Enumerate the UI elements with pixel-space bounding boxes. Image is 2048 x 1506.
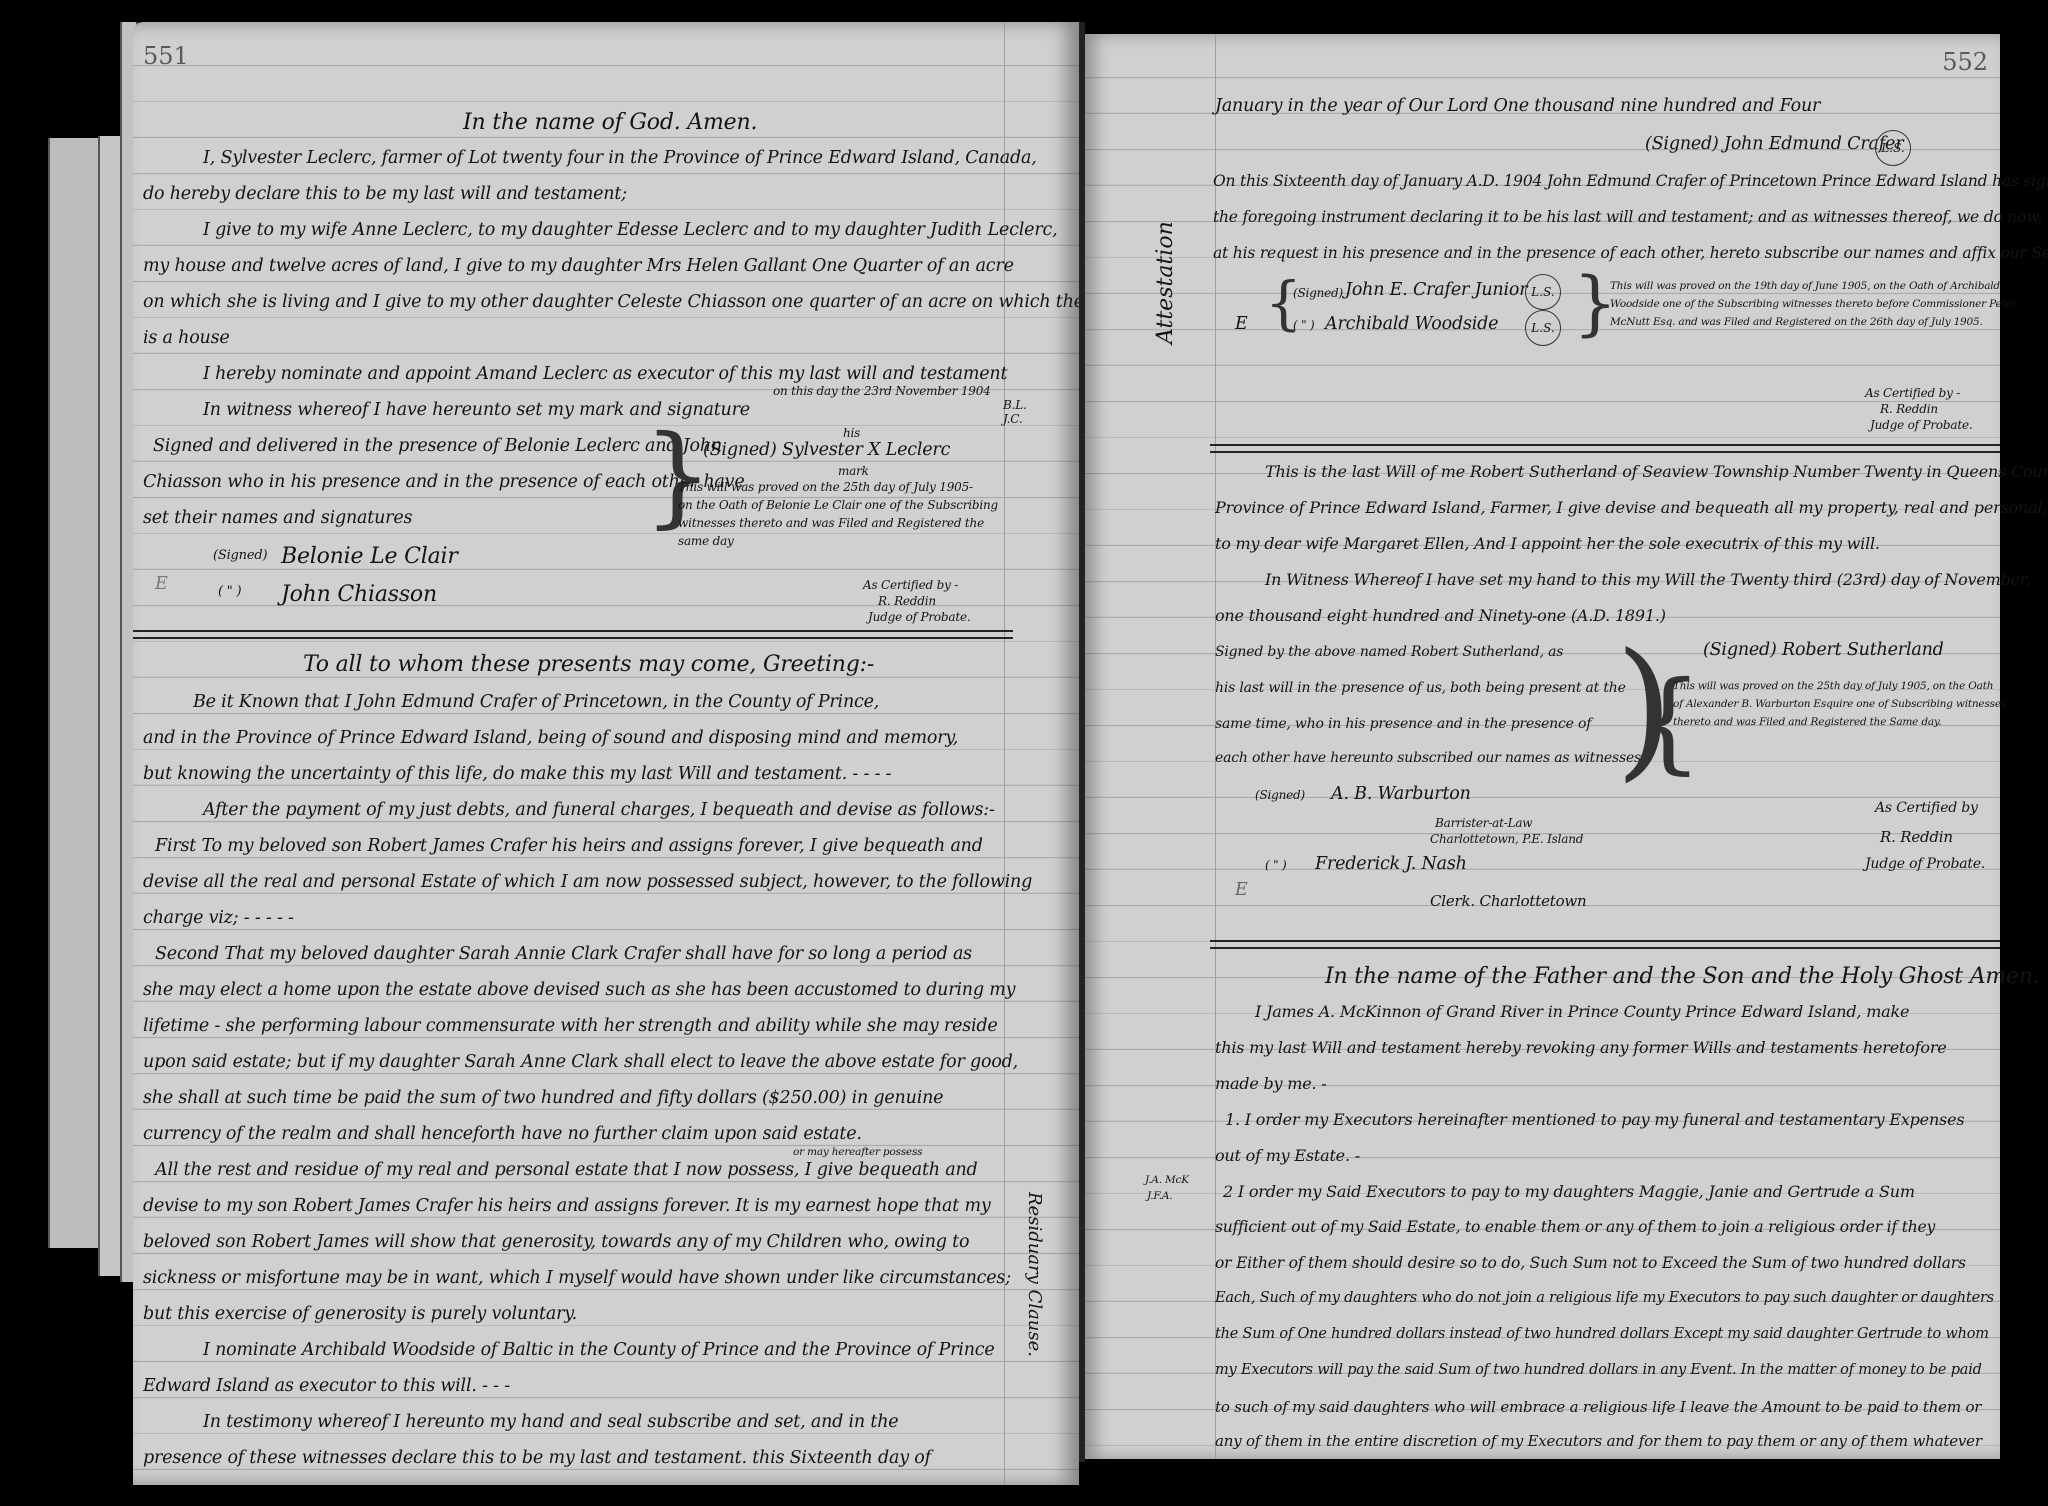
certification-line: Judge of Probate. xyxy=(1870,418,1973,432)
witness-name: Frederick J. Nash xyxy=(1315,854,1467,874)
will-4-margin-initials: J.A. McK xyxy=(1145,1174,1189,1186)
certification-line: R. Reddin xyxy=(878,594,936,608)
testator-mark-label: mark xyxy=(838,464,869,478)
will-4-line: 1. I order my Executors hereinafter ment… xyxy=(1225,1110,1964,1129)
will-4-line: the Sum of One hundred dollars instead o… xyxy=(1215,1326,1989,1342)
will-4-line: to such of my said daughters who will em… xyxy=(1215,1398,1981,1416)
will-3-line: Province of Prince Edward Island, Farmer… xyxy=(1215,498,2047,517)
will-2-line: Be it Known that I John Edmund Crafer of… xyxy=(193,692,879,712)
section-divider xyxy=(1210,940,2000,949)
page-edge-stack-inner xyxy=(98,136,122,1276)
probate-note-line: same day xyxy=(678,534,734,548)
will-1-heading: In the name of God. Amen. xyxy=(463,110,757,135)
witness-title: Barrister-at-Law xyxy=(1435,816,1532,830)
witness-name: Belonie Le Clair xyxy=(281,544,458,569)
witness-name: Archibald Woodside xyxy=(1325,314,1498,334)
will-4-line: sufficient out of my Said Estate, to ena… xyxy=(1215,1218,1935,1236)
certification-line: As Certified by - xyxy=(863,578,958,592)
will-2-line: All the rest and residue of my real and … xyxy=(155,1160,978,1180)
section-divider xyxy=(133,630,1013,639)
will-3-line: to my dear wife Margaret Ellen, And I ap… xyxy=(1215,534,1880,553)
attestation-line: On this Sixteenth day of January A.D. 19… xyxy=(1213,172,2048,190)
will-2-line: lifetime - she performing labour commens… xyxy=(143,1016,998,1036)
will-2-line: Second That my beloved daughter Sarah An… xyxy=(155,944,972,964)
witness-prefix: ( " ) xyxy=(218,584,241,599)
probate-note-line: This will was proved on the 25th day of … xyxy=(678,480,973,494)
will-1-line: I, Sylvester Leclerc, farmer of Lot twen… xyxy=(203,148,1037,168)
will-2-line: beloved son Robert James will show that … xyxy=(143,1232,969,1252)
probate-note-line: witnesses thereto and was Filed and Regi… xyxy=(678,516,984,530)
will-4-line: 2 I order my Said Executors to pay to my… xyxy=(1223,1182,1915,1201)
witness-prefix: ( " ) xyxy=(1265,858,1287,872)
will-1-date-note: on this day the 23rd November 1904 xyxy=(773,384,991,398)
will-2-line: upon said estate; but if my daughter Sar… xyxy=(143,1052,1018,1072)
attestation-line: at his request in his presence and in th… xyxy=(1213,244,2048,262)
will-2-line: presence of these witnesses declare this… xyxy=(143,1448,931,1468)
will-3-line: This is the last Will of me Robert Suthe… xyxy=(1265,462,2048,481)
will-3-attestation-line: same time, who in his presence and in th… xyxy=(1215,716,1591,732)
will-2-line: I nominate Archibald Woodside of Baltic … xyxy=(203,1340,995,1360)
will-4-line: this my last Will and testament hereby r… xyxy=(1215,1038,1947,1057)
witness-prefix: ( " ) xyxy=(1293,318,1315,332)
certification-line: R. Reddin xyxy=(1880,402,1938,416)
certification-line: As Certified by xyxy=(1875,800,1978,816)
certification-line: Judge of Probate. xyxy=(1865,856,1985,872)
will-4-margin-initials: J.F.A. xyxy=(1147,1190,1172,1202)
will-2-line: devise to my son Robert James Crafer his… xyxy=(143,1196,991,1216)
probate-note-line: McNutt Esq. and was Filed and Registered… xyxy=(1610,316,1983,328)
will-2-line: charge viz; - - - - - xyxy=(143,908,294,928)
will-3-attestation-line: each other have hereunto subscribed our … xyxy=(1215,750,1641,766)
will-1-line: do hereby declare this to be my last wil… xyxy=(143,184,627,204)
witness-prefix: (Signed) xyxy=(213,548,267,563)
will-4-line: or Either of them should desire so to do… xyxy=(1215,1254,1966,1272)
seal-icon: L.S. xyxy=(1525,310,1561,346)
will-2-line: but knowing the uncertainty of this life… xyxy=(143,764,891,784)
witness-prefix: (Signed) xyxy=(1293,286,1343,300)
will-2-line: she shall at such time be paid the sum o… xyxy=(143,1088,943,1108)
testator-signature: (Signed) Sylvester X Leclerc xyxy=(703,440,950,460)
will-2-heading: To all to whom these presents may come, … xyxy=(303,652,874,677)
attestation-brace: } xyxy=(643,420,713,530)
will-2-line: devise all the real and personal Estate … xyxy=(143,872,1032,892)
right-page: 552 January in the year of Our Lord One … xyxy=(1085,34,2000,1459)
will-4-line: I James A. McKinnon of Grand River in Pr… xyxy=(1255,1002,1909,1021)
page-edge-stack-outer xyxy=(48,138,104,1248)
will-4-line: out of my Estate. - xyxy=(1215,1146,1360,1165)
witness-margin-mark: E xyxy=(155,574,168,594)
certification-line: Judge of Probate. xyxy=(868,610,971,624)
will-4-line: made by me. - xyxy=(1215,1074,1327,1093)
attestation-margin-label: Attestation xyxy=(1153,221,1178,344)
probate-note-line: This will was proved on the 19th day of … xyxy=(1610,280,2000,292)
will-4-line: any of them in the entire discretion of … xyxy=(1215,1432,1982,1450)
interlineation: or may hereafter possess xyxy=(793,1146,922,1158)
will-1-attestation-line: set their names and signatures xyxy=(143,508,412,528)
page-number-right: 552 xyxy=(1942,48,1988,76)
will-3-attestation-line: Signed by the above named Robert Sutherl… xyxy=(1215,644,1563,660)
attestation-line: the foregoing instrument declaring it to… xyxy=(1213,208,2042,226)
will-1-attestation-line: Signed and delivered in the presence of … xyxy=(153,436,722,456)
will-4-line: my Executors will pay the said Sum of tw… xyxy=(1215,1362,1982,1378)
witness-name: John Chiasson xyxy=(281,582,437,607)
probate-note-line: of Alexander B. Warburton Esquire one of… xyxy=(1673,698,2006,710)
left-page-margin-rule xyxy=(1004,22,1005,1485)
will-3-attestation-line: his last will in the presence of us, bot… xyxy=(1215,680,1626,696)
probate-note-line: on the Oath of Belonie Le Clair one of t… xyxy=(678,498,998,512)
page-number-left: 551 xyxy=(143,42,189,70)
will-1-line: on which she is living and I give to my … xyxy=(143,292,1102,312)
witness-margin-mark: E xyxy=(1235,314,1248,334)
will-2-continued-line: January in the year of Our Lord One thou… xyxy=(1215,96,1820,116)
testator-mark-his: his xyxy=(843,426,860,440)
will-2-line: First To my beloved son Robert James Cra… xyxy=(155,836,983,856)
residuary-clause-margin-note: Residuary Clause. xyxy=(1024,1192,1045,1357)
witness-name: John E. Crafer Junior xyxy=(1345,280,1527,300)
will-4-line: Each, Such of my daughters who do not jo… xyxy=(1215,1290,1994,1306)
will-3-line: one thousand eight hundred and Ninety-on… xyxy=(1215,606,1666,625)
witness-margin-mark: E xyxy=(1235,880,1248,900)
will-2-line: sickness or misfortune may be in want, w… xyxy=(143,1268,1011,1288)
certification-line: As Certified by - xyxy=(1865,386,1960,400)
witness-name: A. B. Warburton xyxy=(1331,784,1471,804)
probate-note-line: Woodside one of the Subscribing witnesse… xyxy=(1610,298,2016,310)
will-1-line: I hereby nominate and appoint Amand Lecl… xyxy=(203,364,1007,384)
seal-icon: L.S. xyxy=(1875,130,1911,166)
will-1-line: is a house xyxy=(143,328,230,348)
will-2-line: In testimony whereof I hereunto my hand … xyxy=(203,1412,898,1432)
will-2-line: currency of the realm and shall hencefor… xyxy=(143,1124,862,1144)
will-4-heading: In the name of the Father and the Son an… xyxy=(1325,964,2040,989)
testator-signature: (Signed) John Edmund Crafer xyxy=(1645,134,1903,154)
will-2-line: she may elect a home upon the estate abo… xyxy=(143,980,1015,1000)
will-2-line: but this exercise of generosity is purel… xyxy=(143,1304,577,1324)
will-2-line: Edward Island as executor to this will. … xyxy=(143,1376,510,1396)
will-2-line: After the payment of my just debts, and … xyxy=(203,800,995,820)
probate-note-line: thereto and was Filed and Registered the… xyxy=(1673,716,1941,728)
seal-icon: L.S. xyxy=(1525,274,1561,310)
will-3-line: In Witness Whereof I have set my hand to… xyxy=(1265,570,2031,589)
witness-prefix: (Signed) xyxy=(1255,788,1305,802)
will-2-line: and in the Province of Prince Edward Isl… xyxy=(143,728,958,748)
section-divider xyxy=(1210,444,2000,453)
testator-signature: (Signed) Robert Sutherland xyxy=(1703,640,1944,660)
will-1-line: my house and twelve acres of land, I giv… xyxy=(143,256,1014,276)
probate-note-line: This will was proved on the 25th day of … xyxy=(1673,680,1993,692)
certification-line: R. Reddin xyxy=(1880,828,1953,846)
left-page: 551 In the name of God. Amen. I, Sylvest… xyxy=(133,22,1079,1485)
will-1-line: I give to my wife Anne Leclerc, to my da… xyxy=(203,220,1057,240)
witness-title: Clerk. Charlottetown xyxy=(1430,892,1587,910)
will-1-margin-initials: B.L. J.C. xyxy=(1003,398,1043,426)
witness-title: Charlottetown, P.E. Island xyxy=(1430,832,1583,846)
